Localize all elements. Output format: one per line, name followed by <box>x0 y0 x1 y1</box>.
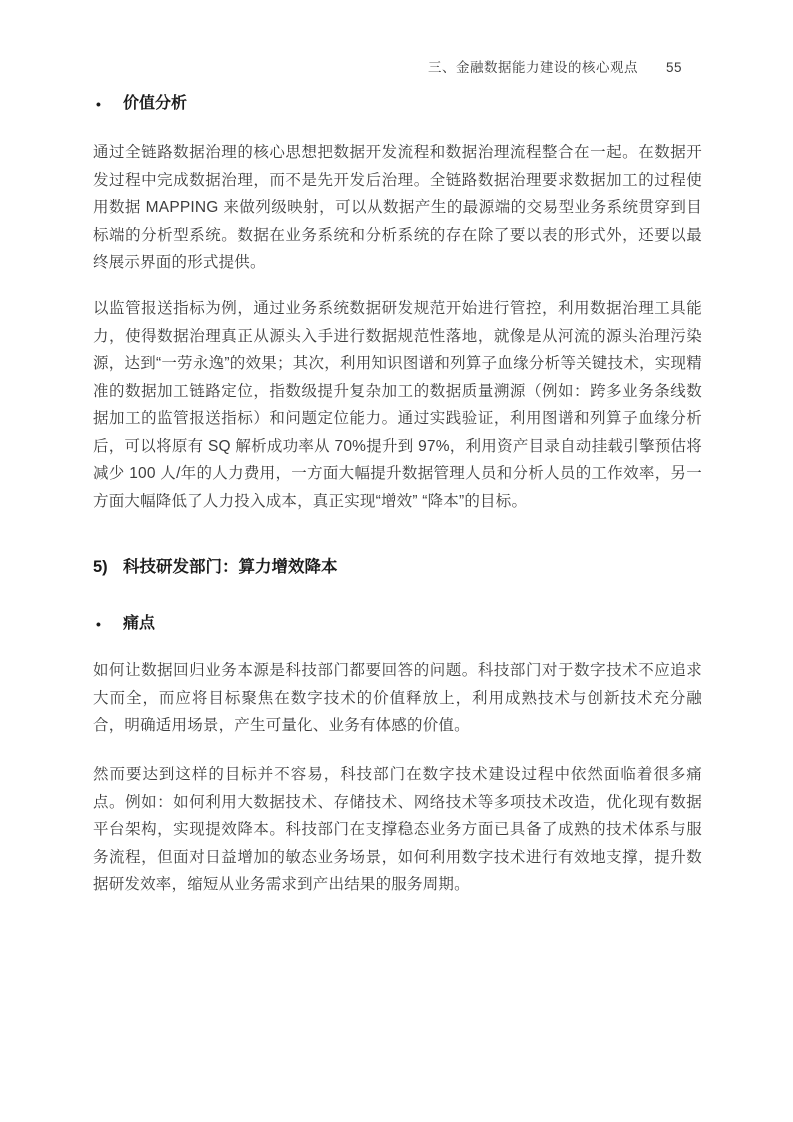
paragraph-full-chain-governance: 通过全链路数据治理的核心思想把数据开发流程和数据治理流程整合在一起。在数据开发过… <box>93 139 702 277</box>
page-number: 55 <box>666 60 682 75</box>
bullet-heading-value-analysis: • 价值分析 <box>93 93 702 115</box>
numbered-heading-label: 科技研发部门：算力增效降本 <box>123 556 338 579</box>
chapter-title: 三、金融数据能力建设的核心观点 <box>428 56 638 76</box>
bullet-heading-label: 痛点 <box>123 613 155 635</box>
running-header: 三、金融数据能力建设的核心观点 55 <box>0 56 682 76</box>
paragraph-data-back-to-business: 如何让数据回归业务本源是科技部门都要回答的问题。科技部门对于数字技术不应追求大而… <box>93 657 702 740</box>
bullet-icon: • <box>93 613 123 635</box>
bullet-heading-pain-point: • 痛点 <box>93 613 702 635</box>
heading-number: 5) <box>93 556 123 579</box>
document-page: 三、金融数据能力建设的核心观点 55 • 价值分析 通过全链路数据治理的核心思想… <box>0 0 793 1122</box>
paragraph-tech-dept-pain-points: 然而要达到这样的目标并不容易，科技部门在数字技术建设过程中依然面临着很多痛点。例… <box>93 761 702 899</box>
paragraph-regulatory-reporting-example: 以监管报送指标为例，通过业务系统数据研发规范开始进行管控，利用数据治理工具能力，… <box>93 295 702 515</box>
bullet-icon: • <box>93 93 123 115</box>
numbered-heading-tech-dept: 5) 科技研发部门：算力增效降本 <box>93 556 702 579</box>
bullet-heading-label: 价值分析 <box>123 93 187 115</box>
